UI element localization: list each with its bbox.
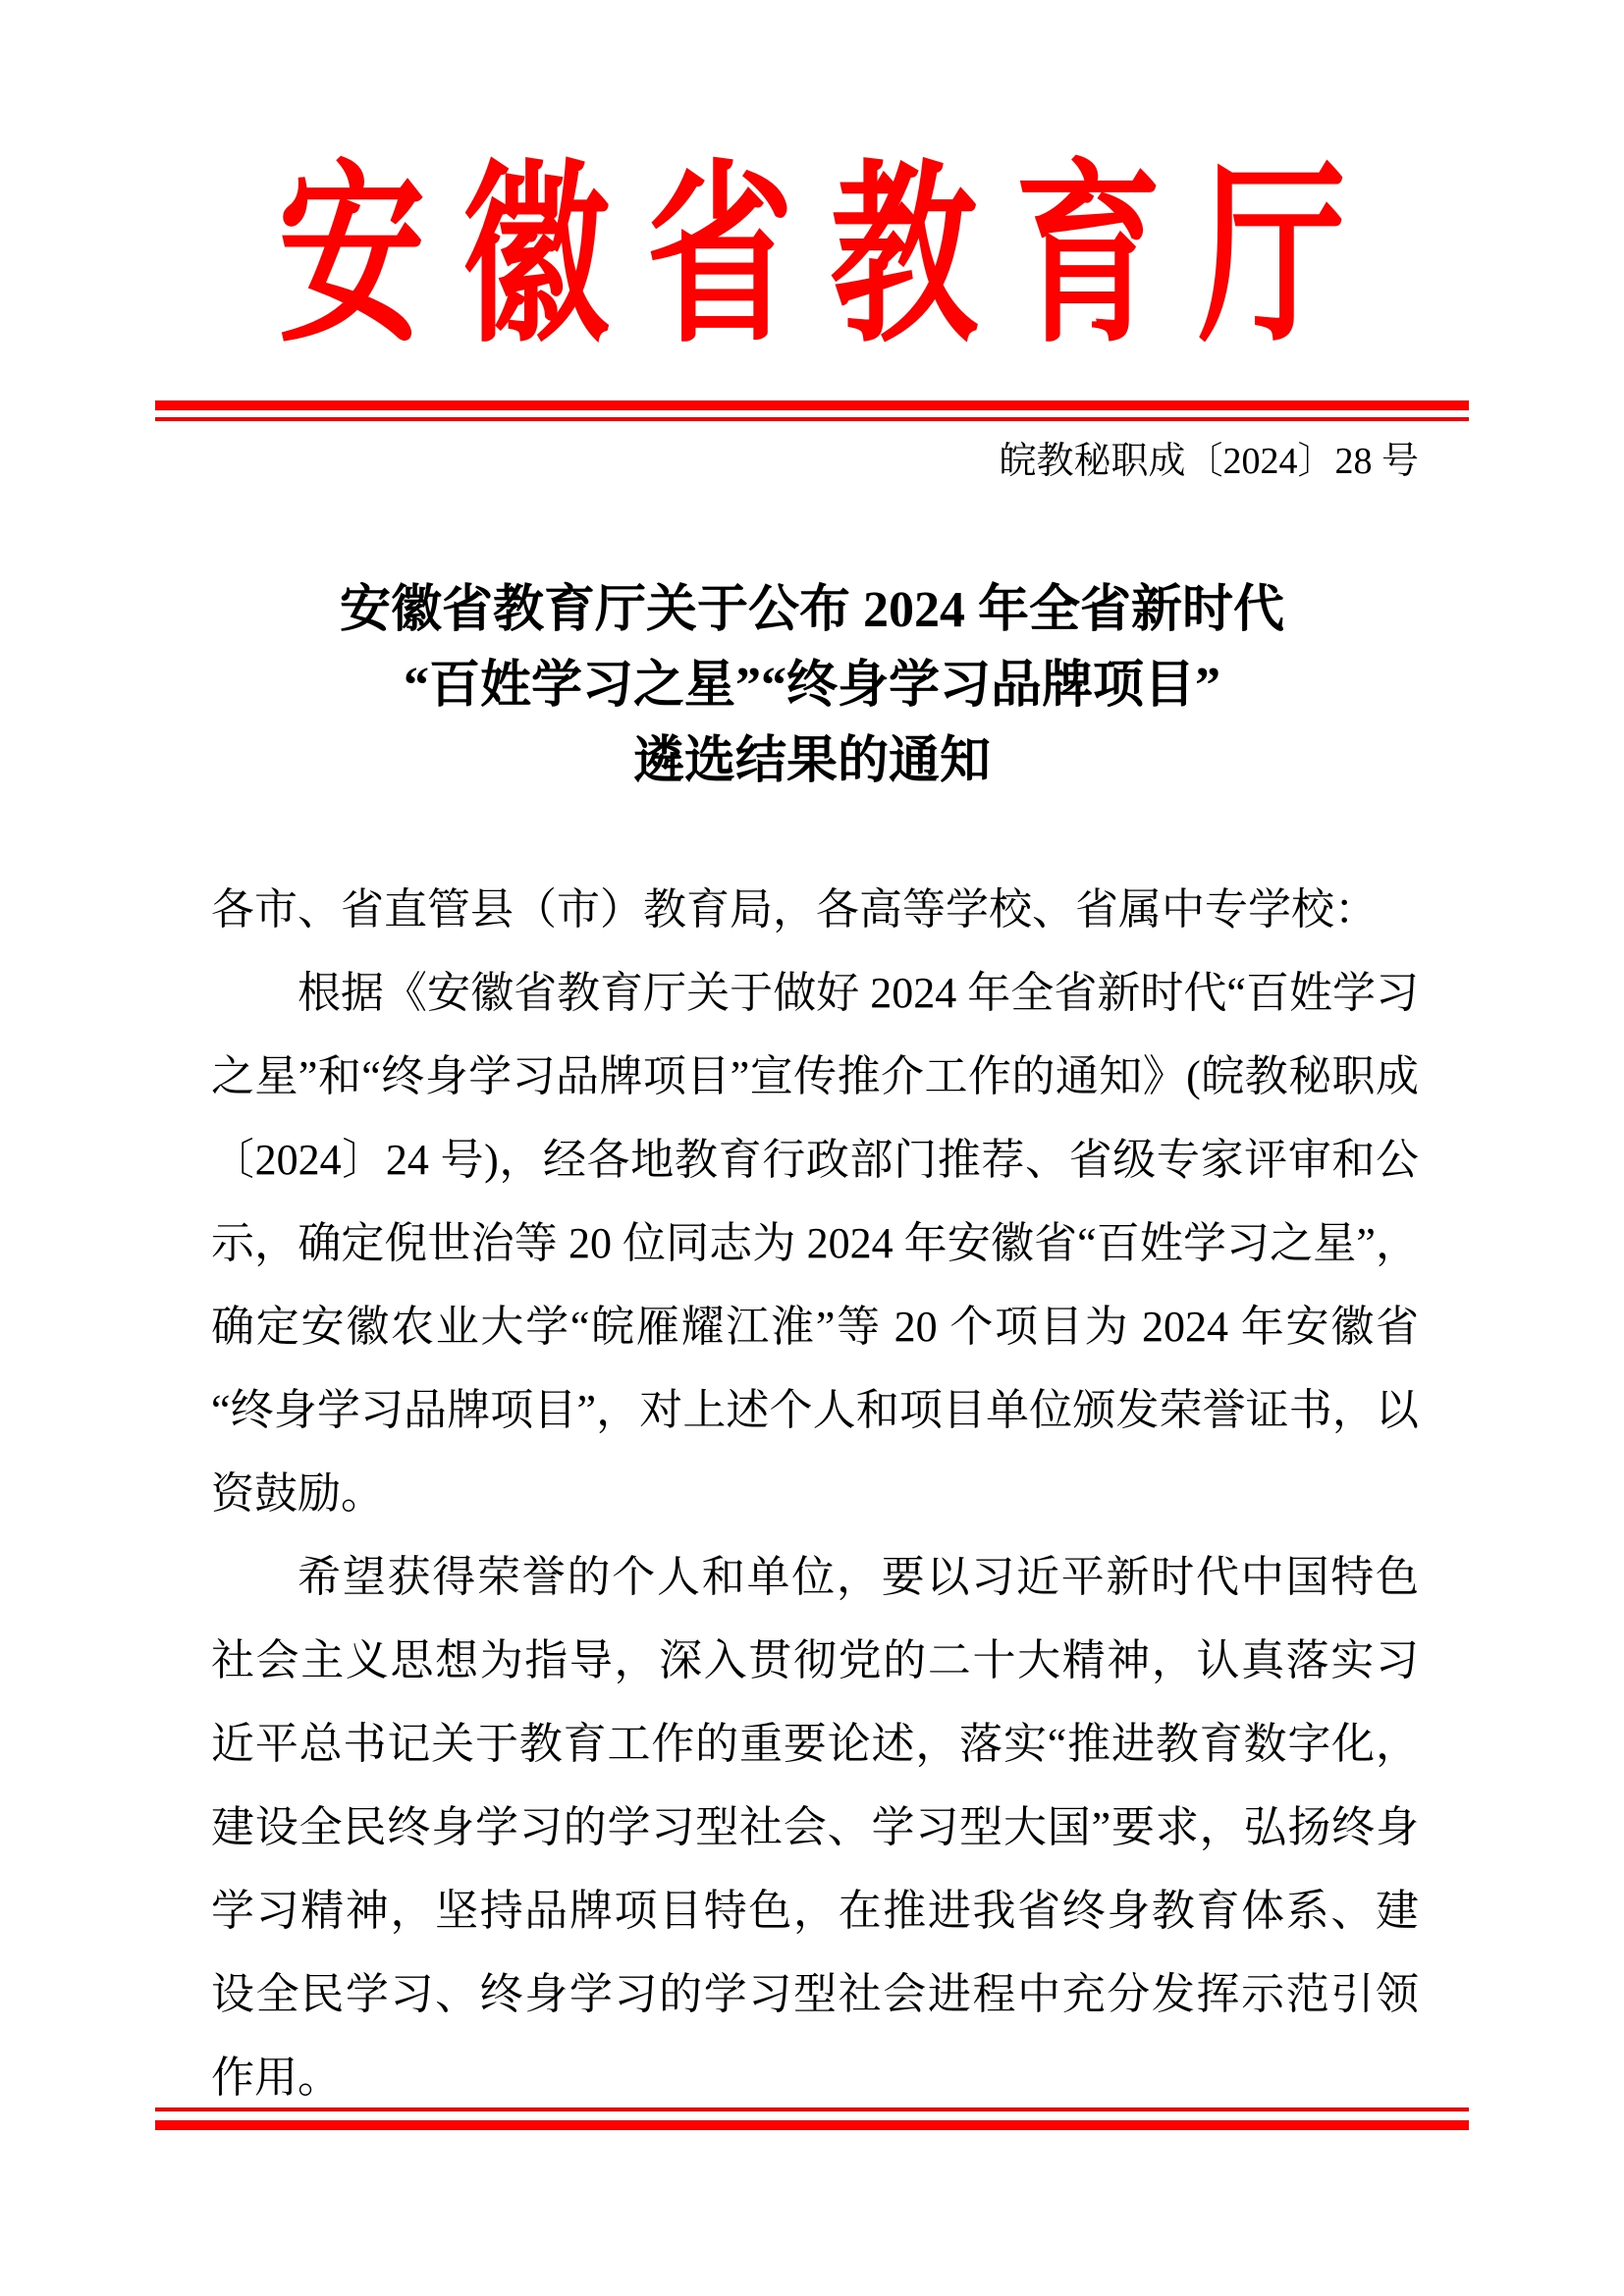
body-paragraph-1: 根据《安徽省教育厅关于做好 2024 年全省新时代“百姓学习之星”和“终身学习品… [211,951,1419,1535]
body-paragraph-2: 希望获得荣誉的个人和单位，要以习近平新时代中国特色社会主义思想为指导，深入贯彻党… [211,1535,1419,2119]
salutation-line: 各市、省直管县（市）教育局，各高等学校、省属中专学校： [211,868,1419,951]
agency-letterhead-text: 安 徽 省 教 育 厅 [278,71,1346,447]
footer-divider [155,2108,1469,2130]
document-title: 安徽省教育厅关于公布 2024 年全省新时代 “百姓学习之星”“终身学习品牌项目… [157,572,1467,799]
document-body: 各市、省直管县（市）教育局，各高等学校、省属中专学校： 根据《安徽省教育厅关于做… [211,868,1419,2119]
agency-letterhead: 安 徽 省 教 育 厅 [0,0,1624,400]
footer-divider-thick-line [155,2120,1469,2130]
document-title-line-3: 遴选结果的通知 [157,723,1467,799]
official-document-page: 安 徽 省 教 育 厅 皖教秘职成〔2024〕28 号 安徽省教育厅关于公布 2… [0,0,1624,2296]
document-title-line-1: 安徽省教育厅关于公布 2024 年全省新时代 [157,572,1467,648]
document-title-line-2: “百姓学习之星”“终身学习品牌项目” [157,648,1467,723]
footer-divider-thin-line [155,2108,1469,2111]
